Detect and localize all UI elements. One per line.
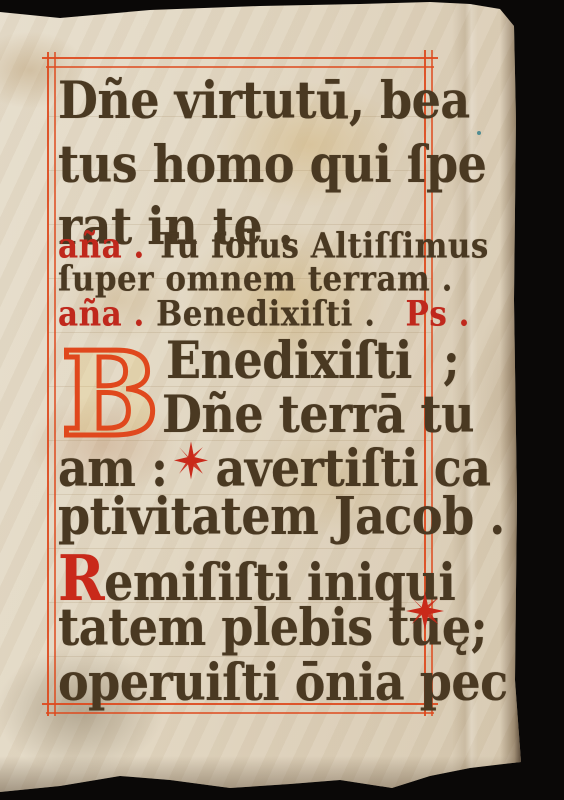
ink-text: ptivitatem Jacob . [58,486,505,546]
text-line-2: tus homo qui ſpe [58,134,486,194]
ink-text: Enedixiſti ; [166,330,459,390]
initial-letter-glyph: B [64,332,156,454]
text-line-7: Enedixiſti ; [166,330,459,390]
ruled-border-top-inner [46,66,434,68]
text-line-13: operuiſti ōnia pec [58,652,508,712]
star-ornament-icon [174,441,208,479]
ink-text: tus homo qui ſpe [58,134,486,194]
text-line-1: Dñe virtutū, bea [58,70,470,130]
text-line-10: ptivitatem Jacob . [58,486,505,546]
ink-text: Dñe terrā tu [162,384,474,444]
ruled-border-left-outer [47,52,49,716]
text-line-8: Dñe terrā tu [162,384,474,444]
ruled-border-left-inner [54,52,56,716]
star-ornament-icon [406,592,444,630]
illuminated-initial-B: B [64,332,156,454]
ruled-border-top-outer [42,57,438,59]
bottom-edge-shadow [0,756,564,796]
ink-text: operuiſti ōnia pec [58,652,508,712]
psalm-rubric: Ps . [406,294,470,334]
parchment-page: Dñe virtutū, bea tus homo qui ſpe rat in… [0,0,564,800]
ink-text: Benedixiſti . [145,294,376,334]
antiphon-rubric: aña . [58,294,145,334]
text-line-6: aña . Benedixiſti .Ps . [58,294,470,334]
photo-scene: Dñe virtutū, bea tus homo qui ſpe rat in… [0,0,564,800]
ink-text: Dñe virtutū, bea [58,70,470,130]
manuscript-photo: { "photo": { "subject": "Illuminated ant… [0,0,564,800]
